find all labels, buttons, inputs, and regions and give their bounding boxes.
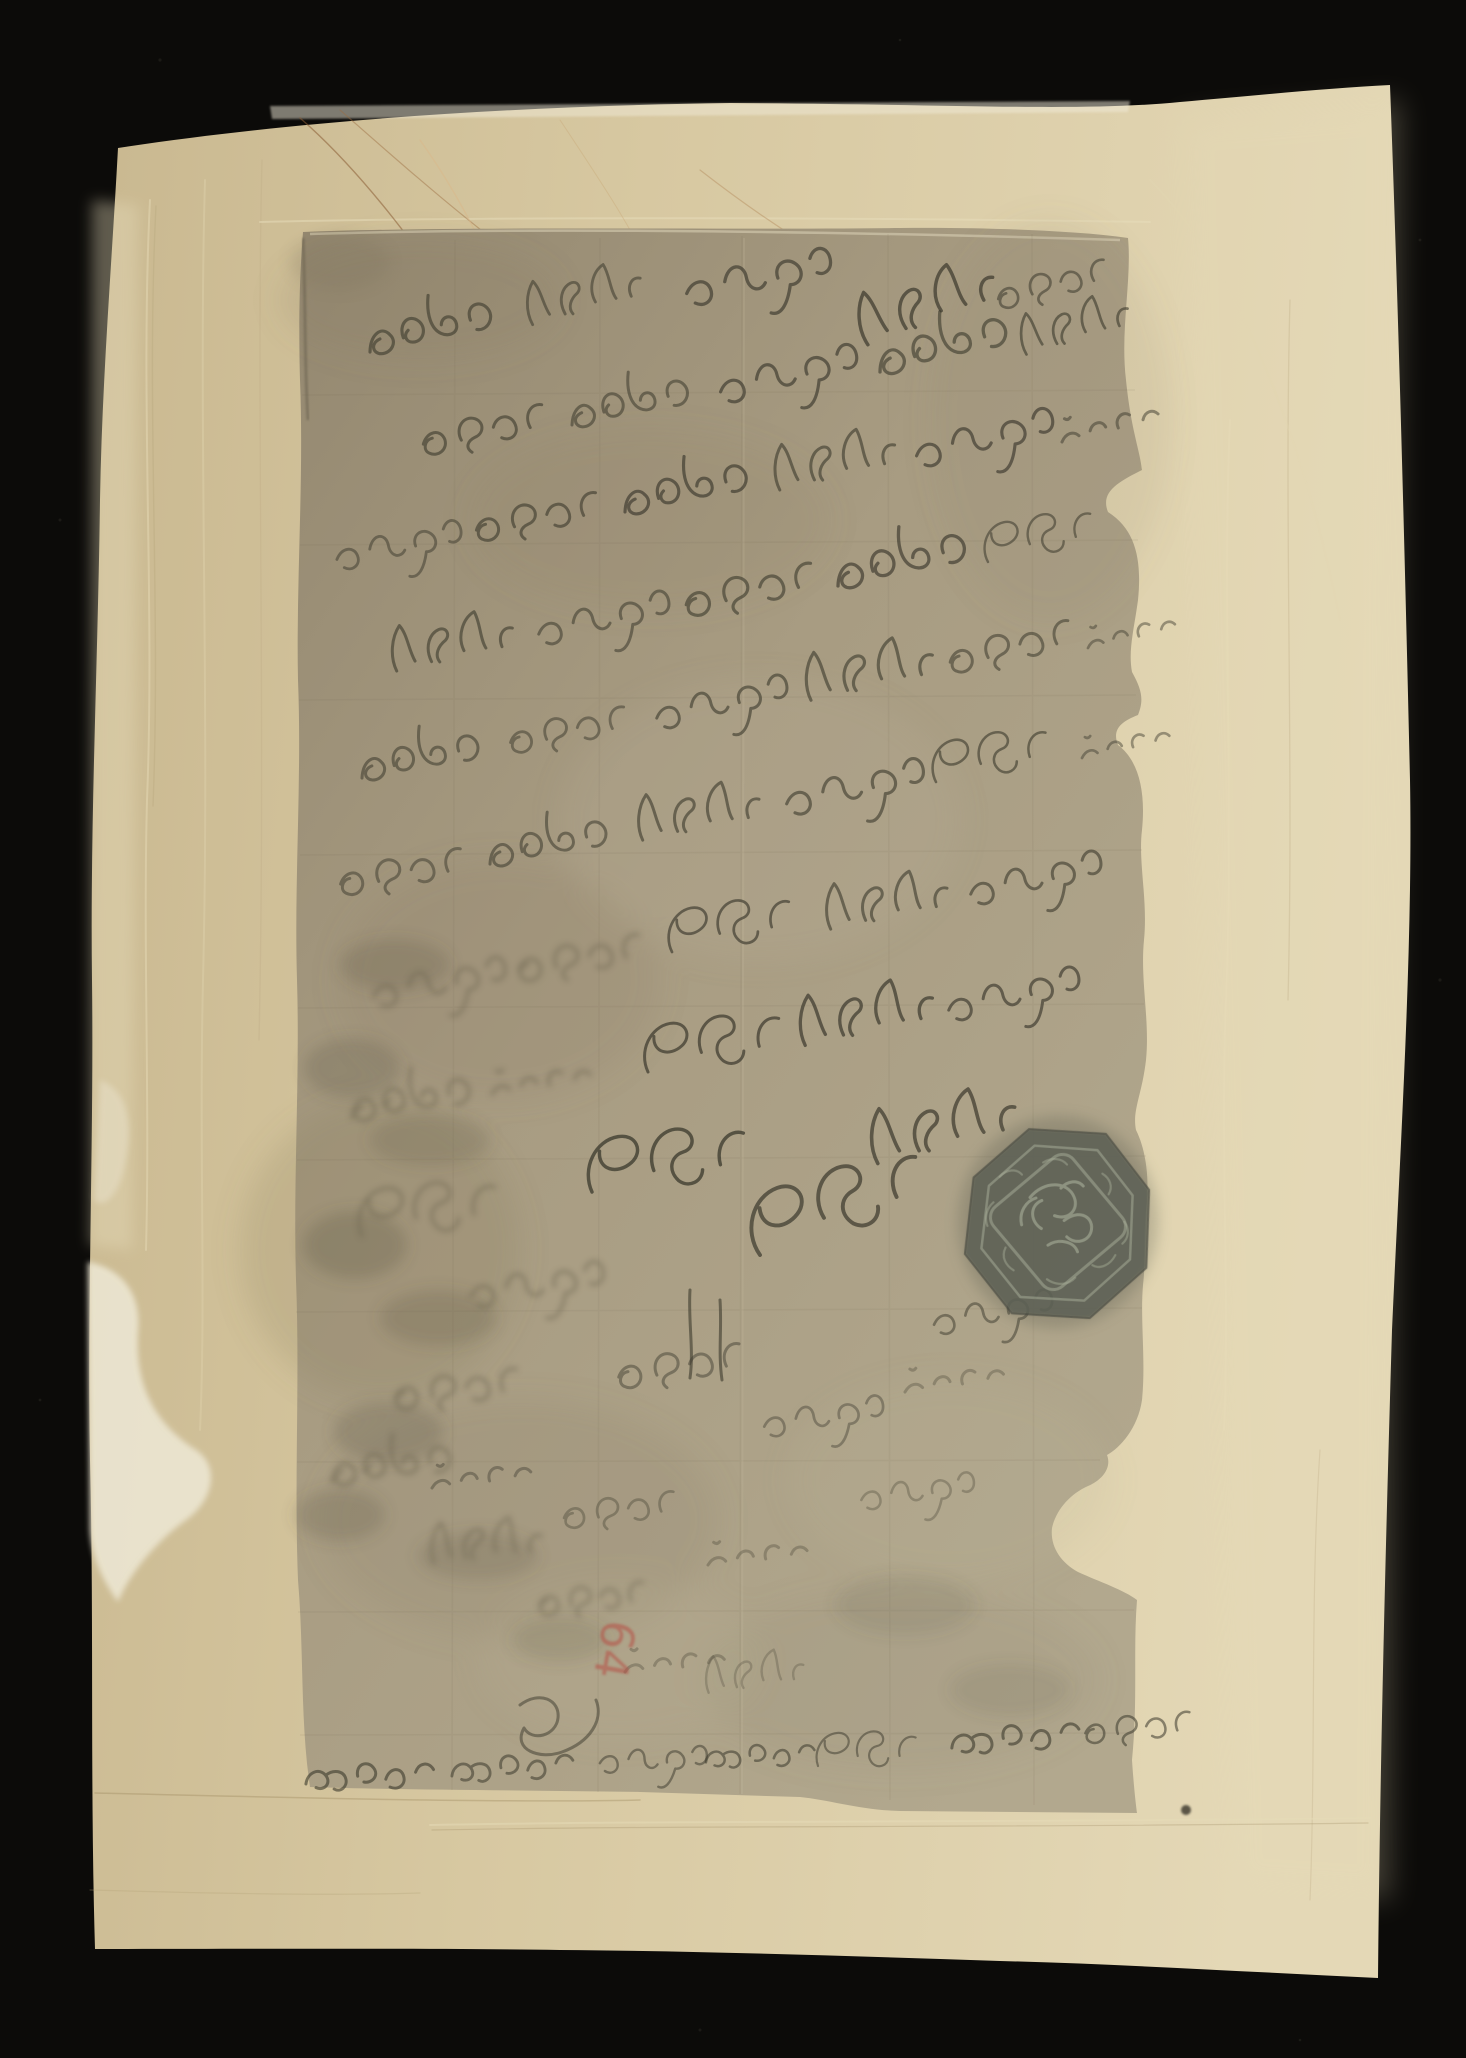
ink-dot-bottom-edge (1181, 1805, 1191, 1815)
manuscript-photograph: 64 (0, 0, 1466, 2058)
red-inventory-mark: 64 (583, 1616, 646, 1683)
red-inventory-number: 64 (583, 1616, 646, 1683)
corner-smudge (290, 234, 390, 290)
